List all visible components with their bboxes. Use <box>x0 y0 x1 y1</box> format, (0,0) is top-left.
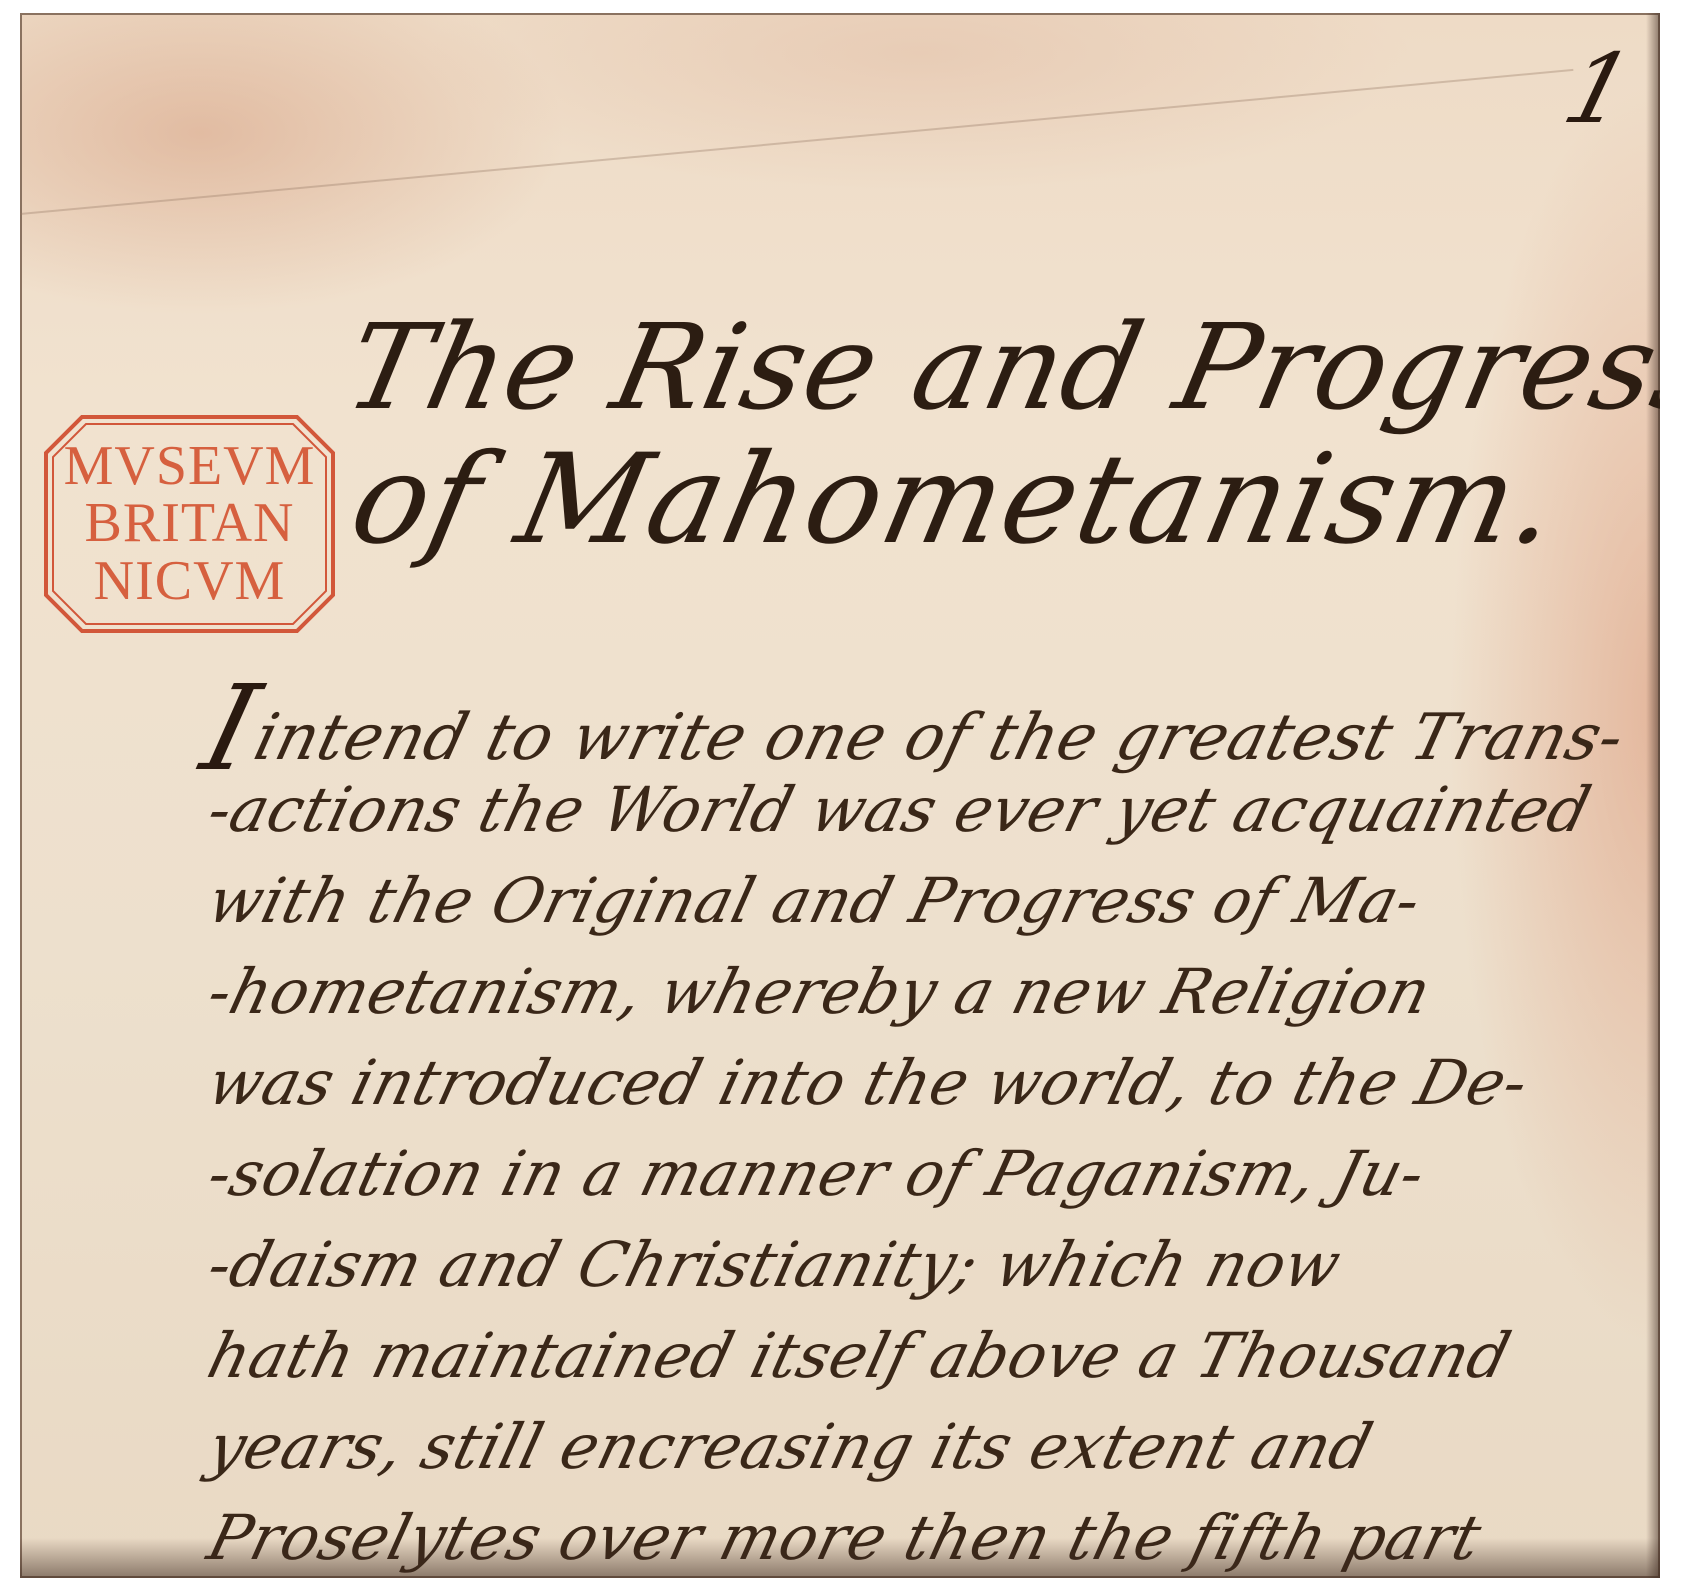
body-line-7: -daism and Christianity; which now <box>199 1219 1522 1310</box>
body-line-4: -hometanism, whereby a new Religion <box>199 946 1522 1037</box>
title-line-1: The Rise and Progress <box>335 298 1660 436</box>
museum-stamp: MVSEVM BRITAN NICVM <box>42 413 337 635</box>
body-line-9: years, still encreasing its extent and <box>199 1401 1522 1492</box>
manuscript-photo: 1 The Rise and Progress of Mahometanism.… <box>20 13 1660 1578</box>
body-line-1: Iintend to write one of the greatest Tra… <box>199 673 1522 764</box>
body-line-6: -solation in a manner of Paganism, Ju- <box>199 1128 1522 1219</box>
ruled-guide-line <box>20 69 1573 215</box>
body-line-10: Proselytes over more then the fifth part <box>199 1492 1522 1578</box>
page-number: 1 <box>1553 33 1644 145</box>
body-line-2: -actions the World was ever yet acquaint… <box>199 764 1522 855</box>
stamp-line-3: NICVM <box>42 553 337 609</box>
manuscript-body: Iintend to write one of the greatest Tra… <box>210 673 1510 1578</box>
stamp-line-1: MVSEVM <box>42 438 337 494</box>
body-line-8: hath maintained itself above a Thousand <box>199 1310 1522 1401</box>
body-line-3: with the Original and Progress of Ma- <box>199 855 1522 946</box>
title-line-2: of Mahometanism. <box>340 428 1573 572</box>
body-line-5: was introduced into the world, to the De… <box>199 1037 1522 1128</box>
stamp-line-2: BRITAN <box>42 495 337 551</box>
